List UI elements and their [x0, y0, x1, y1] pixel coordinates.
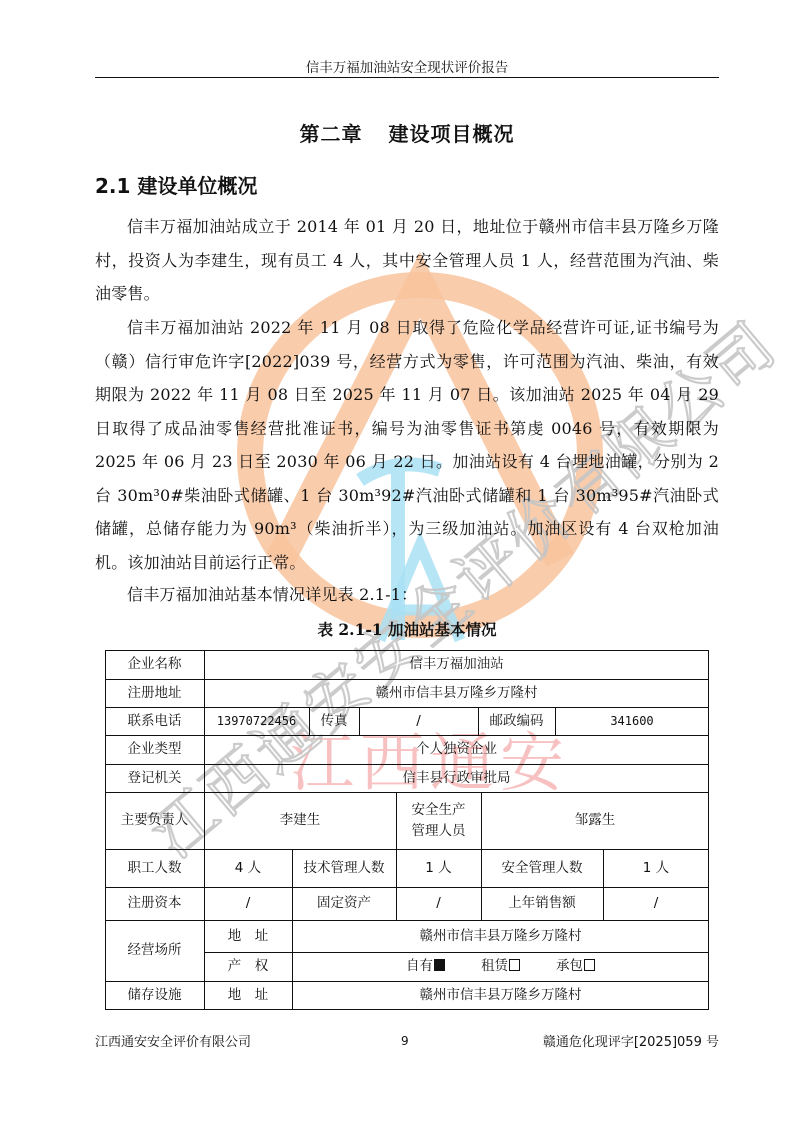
- footer-report-number: 赣通危化现评字[2025]059 号: [508, 1031, 719, 1050]
- last-year-sales-label: 上年销售额: [481, 887, 603, 920]
- page-number: 9: [401, 1034, 409, 1048]
- checkbox-empty-icon: [509, 959, 520, 971]
- ownership-option-owned[interactable]: 自有: [406, 956, 445, 977]
- checkbox-empty-icon: [584, 959, 595, 971]
- registry-value: 信丰县行政审批局: [204, 764, 709, 792]
- storage-label: 储存设施: [105, 981, 204, 1010]
- header-rule: [95, 77, 719, 78]
- postcode-label: 邮政编码: [478, 707, 555, 735]
- paragraph-3: 信丰万福加油站基本情况详见表 2.1-1：: [95, 578, 719, 612]
- company-name-label: 企业名称: [105, 650, 204, 679]
- safety-mgmt-value: 1 人: [603, 849, 709, 887]
- premises-label: 经营场所: [105, 920, 204, 981]
- safety-manager-value: 邹露生: [481, 792, 709, 849]
- running-header-title: 信丰万福加油站安全现状评价报告: [95, 56, 719, 76]
- fixed-assets-value: /: [396, 887, 481, 920]
- ownership-label: 产 权: [204, 952, 292, 981]
- reg-address-value: 赣州市信丰县万隆乡万隆村: [204, 679, 709, 707]
- staff-count-label: 职工人数: [105, 849, 204, 887]
- ownership-options: 自有 租赁 承包: [292, 952, 709, 981]
- premises-address-label: 地 址: [204, 920, 292, 952]
- table-caption: 表 2.1-1 加油站基本情况: [95, 618, 719, 640]
- chapter-number: 第二章: [300, 122, 363, 146]
- paragraph-2: 信丰万福加油站 2022 年 11 月 08 日取得了危险化学品经营许可证,证书…: [95, 311, 719, 579]
- ownership-option-contracted[interactable]: 承包: [556, 956, 595, 977]
- phone-label: 联系电话: [105, 707, 204, 735]
- phone-value: 13970722456: [204, 707, 309, 735]
- principal-value: 李建生: [204, 792, 396, 849]
- tech-mgmt-label: 技术管理人数: [292, 849, 396, 887]
- reg-capital-value: /: [204, 887, 292, 920]
- section-title: 2.1 建设单位概况: [95, 170, 257, 199]
- company-name-value: 信丰万福加油站: [204, 650, 709, 679]
- reg-address-label: 注册地址: [105, 679, 204, 707]
- chapter-name: 建设项目概况: [389, 122, 515, 146]
- company-type-value: 个人独资企业: [204, 735, 709, 764]
- reg-capital-label: 注册资本: [105, 887, 204, 920]
- paragraph-1: 信丰万福加油站成立于 2014 年 01 月 20 日，地址位于赣州市信丰县万隆…: [95, 210, 719, 311]
- fax-value: /: [359, 707, 478, 735]
- postcode-value: 341600: [555, 707, 709, 735]
- fixed-assets-label: 固定资产: [292, 887, 396, 920]
- last-year-sales-value: /: [603, 887, 709, 920]
- checkbox-checked-icon: [434, 959, 445, 971]
- storage-address-value: 赣州市信丰县万隆乡万隆村: [292, 981, 709, 1010]
- principal-label: 主要负责人: [105, 792, 204, 849]
- document-page: 信丰万福加油站安全现状评价报告 第二章建设项目概况 2.1 建设单位概况 信丰万…: [0, 0, 793, 1122]
- company-type-label: 企业类型: [105, 735, 204, 764]
- fax-label: 传真: [309, 707, 359, 735]
- chapter-title: 第二章建设项目概况: [95, 118, 719, 147]
- registry-label: 登记机关: [105, 764, 204, 792]
- staff-count-value: 4 人: [204, 849, 292, 887]
- storage-address-label: 地 址: [204, 981, 292, 1010]
- premises-address-value: 赣州市信丰县万隆乡万隆村: [292, 920, 709, 952]
- safety-mgmt-label: 安全管理人数: [481, 849, 603, 887]
- tech-mgmt-value: 1 人: [396, 849, 481, 887]
- ownership-option-leased[interactable]: 租赁: [481, 956, 520, 977]
- footer-company: 江西通安安全评价有限公司: [95, 1031, 251, 1050]
- safety-manager-label: 安全生产管理人员: [396, 792, 481, 849]
